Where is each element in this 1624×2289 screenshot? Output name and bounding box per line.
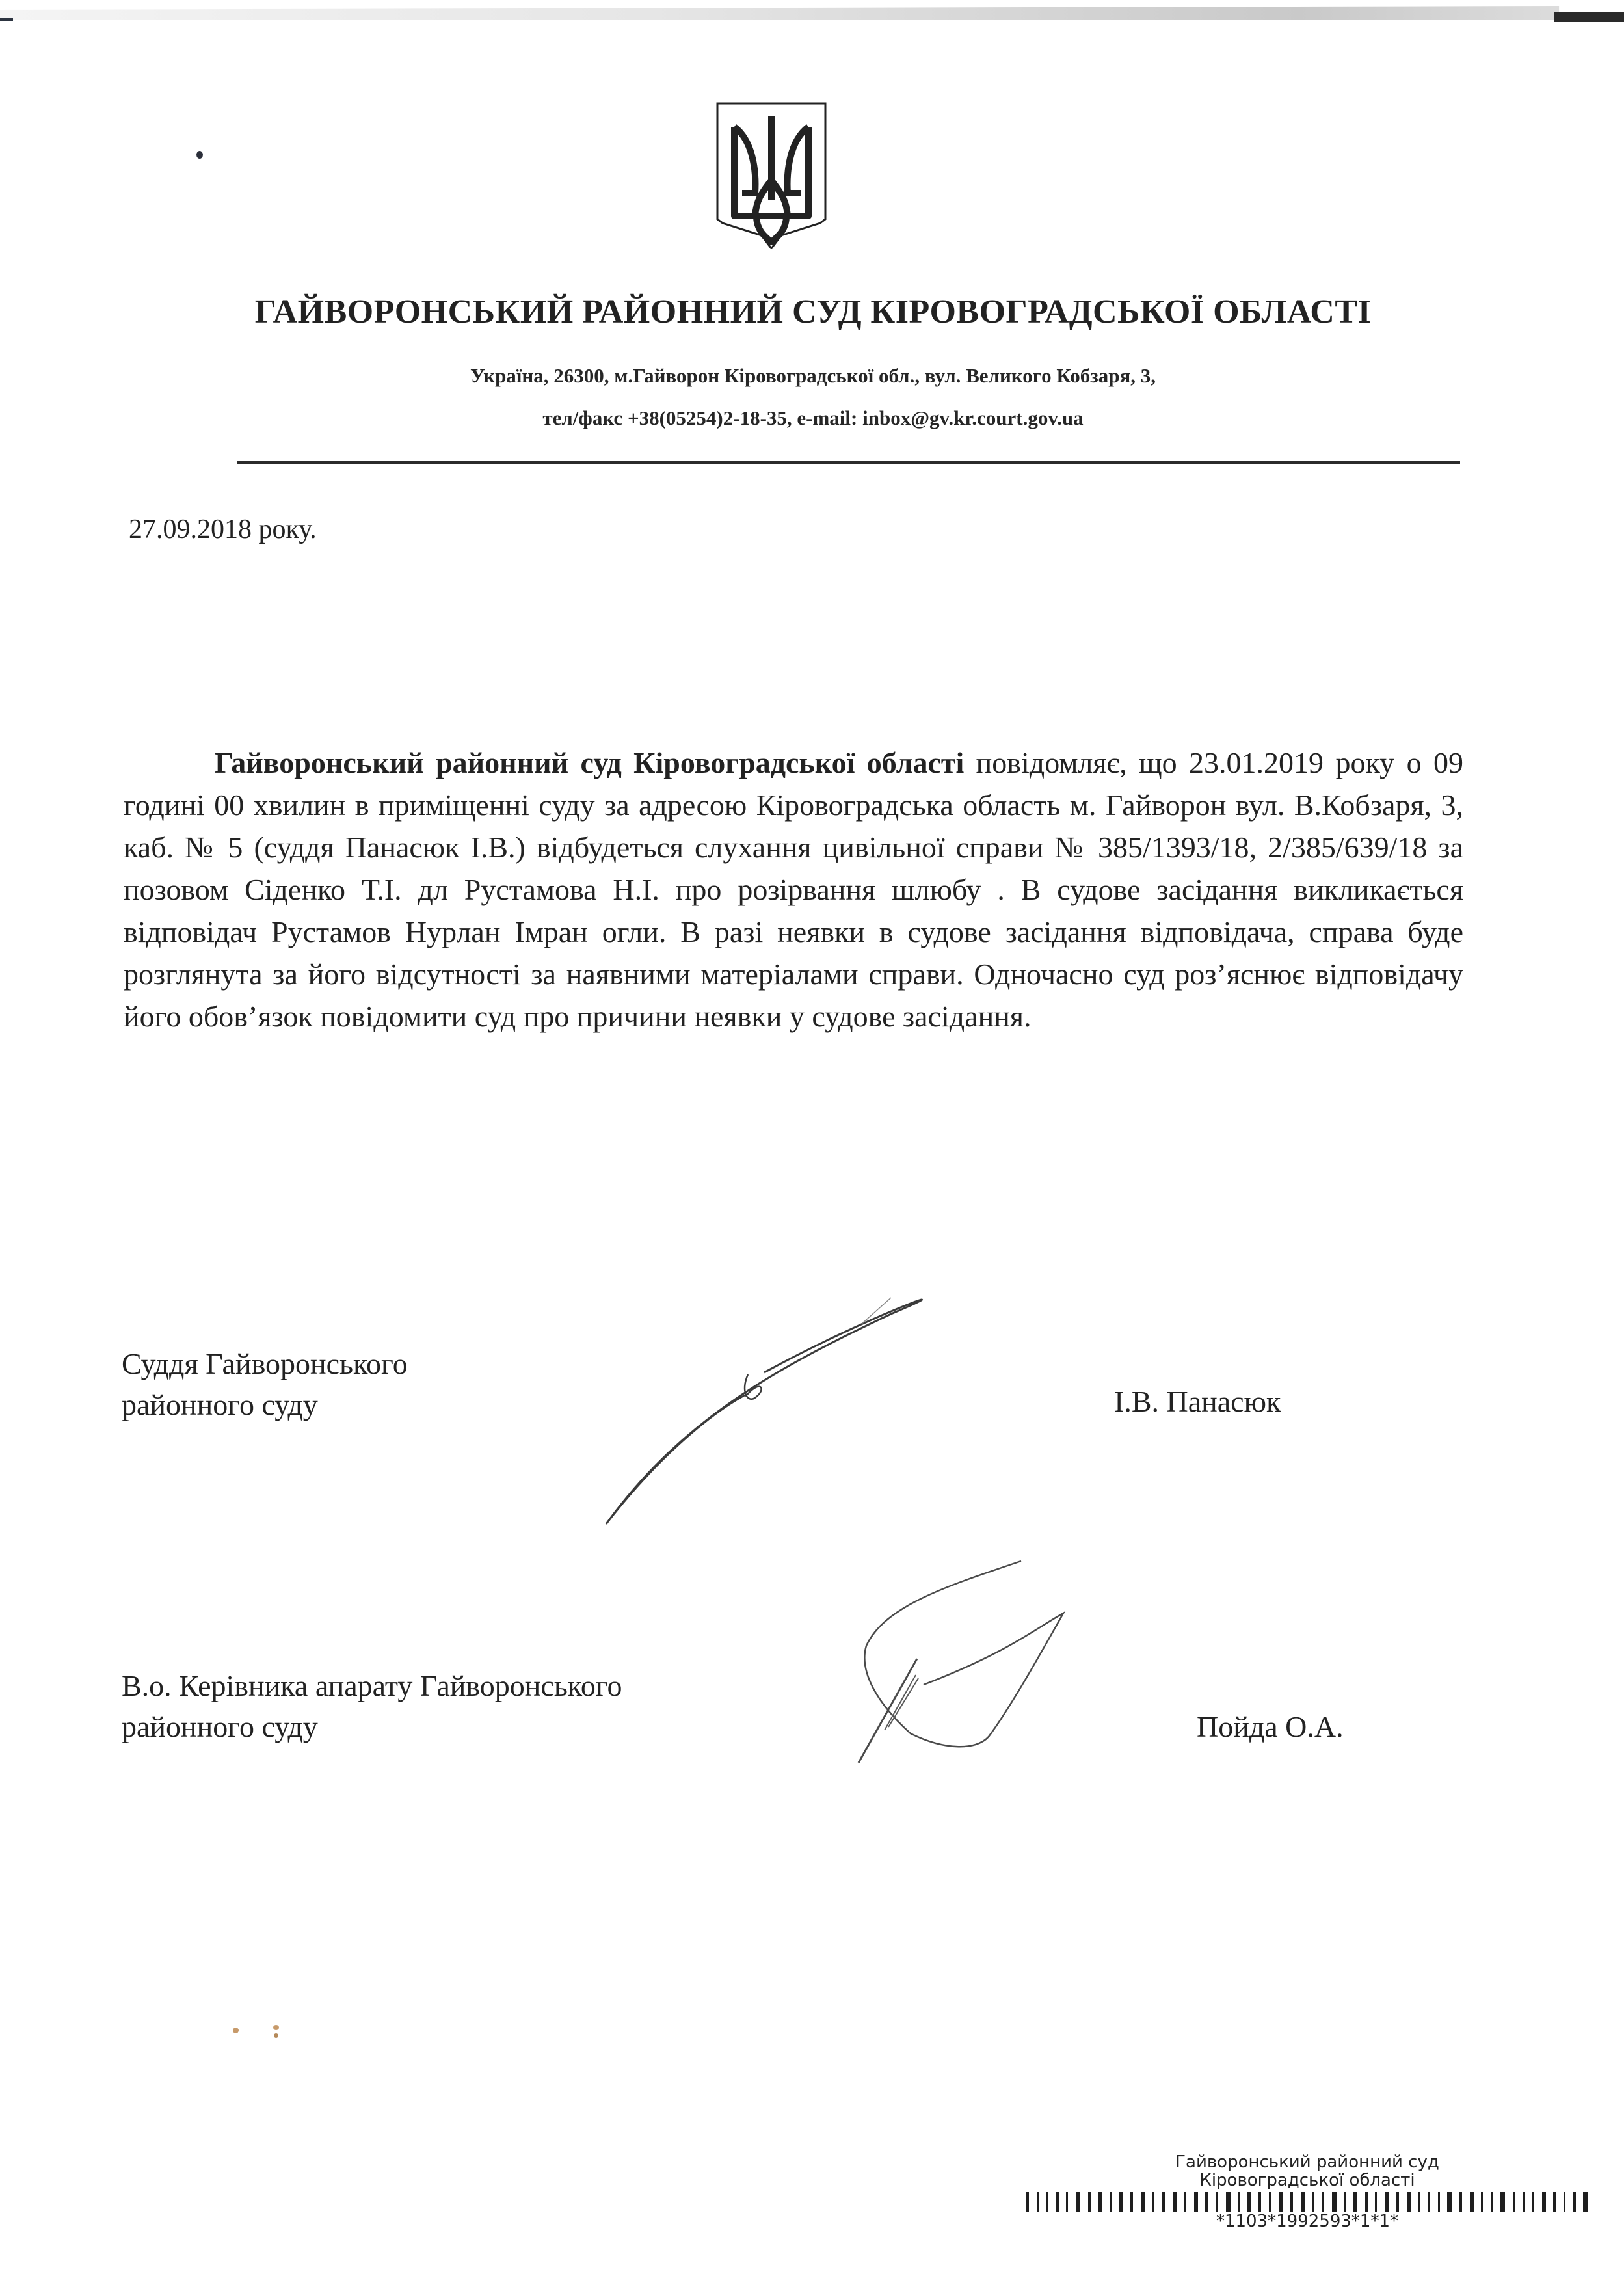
court-name-heading: ГАЙВОРОНСЬКИЙ РАЙОННИЙ СУД КІРОВОГРАДСЬК… [163, 293, 1463, 331]
document-date: 27.09.2018 року. [129, 514, 317, 545]
stamp-court-line1: Гайворонський районний суд [1015, 2153, 1600, 2171]
court-address: Україна, 26300, м.Гайворон Кіровоградськ… [163, 364, 1463, 388]
head-of-staff-name: Пойда О.А. [1197, 1709, 1344, 1744]
head-of-staff-title-line2: районного суду [122, 1706, 622, 1747]
notice-text: повідомляє, що 23.01.2019 року о 09 годи… [124, 746, 1463, 1033]
barcode-number: *1103*1992593*1*1* [1015, 2212, 1600, 2231]
scan-speck [196, 151, 203, 159]
court-contacts: тел/факс +38(05254)2-18-35, e-mail: inbo… [163, 407, 1463, 430]
scan-edge-dark [1554, 12, 1624, 22]
barcode-icon [1026, 2192, 1588, 2212]
registration-barcode-stamp: Гайворонський районний суд Кіровоградськ… [1015, 2153, 1600, 2231]
head-of-staff-title-line1: В.о. Керівника апарату Гайворонського [122, 1665, 622, 1706]
notice-body: Гайворонський районний суд Кіровоградськ… [124, 742, 1463, 1037]
judge-title: Суддя Гайворонського районного суду [122, 1343, 408, 1425]
scan-speck [273, 2025, 279, 2030]
head-of-staff-title: В.о. Керівника апарату Гайворонського ра… [122, 1665, 622, 1747]
judge-signature-icon [585, 1268, 1106, 1561]
coat-of-arms-icon [716, 102, 827, 249]
head-of-staff-signature-icon [813, 1548, 1112, 1769]
judge-title-line2: районного суду [122, 1384, 408, 1425]
judge-name: І.В. Панасюк [1114, 1384, 1281, 1419]
judge-title-line1: Суддя Гайворонського [122, 1343, 408, 1384]
header-divider [237, 461, 1460, 464]
stamp-court-line2: Кіровоградської області [1015, 2171, 1600, 2189]
scan-edge-tick [0, 18, 13, 21]
scan-speck [274, 2033, 278, 2038]
scan-edge-shadow [0, 0, 1624, 20]
notice-lead-court-name: Гайворонський районний суд Кіровоградськ… [215, 746, 964, 779]
scan-speck [233, 2028, 239, 2033]
